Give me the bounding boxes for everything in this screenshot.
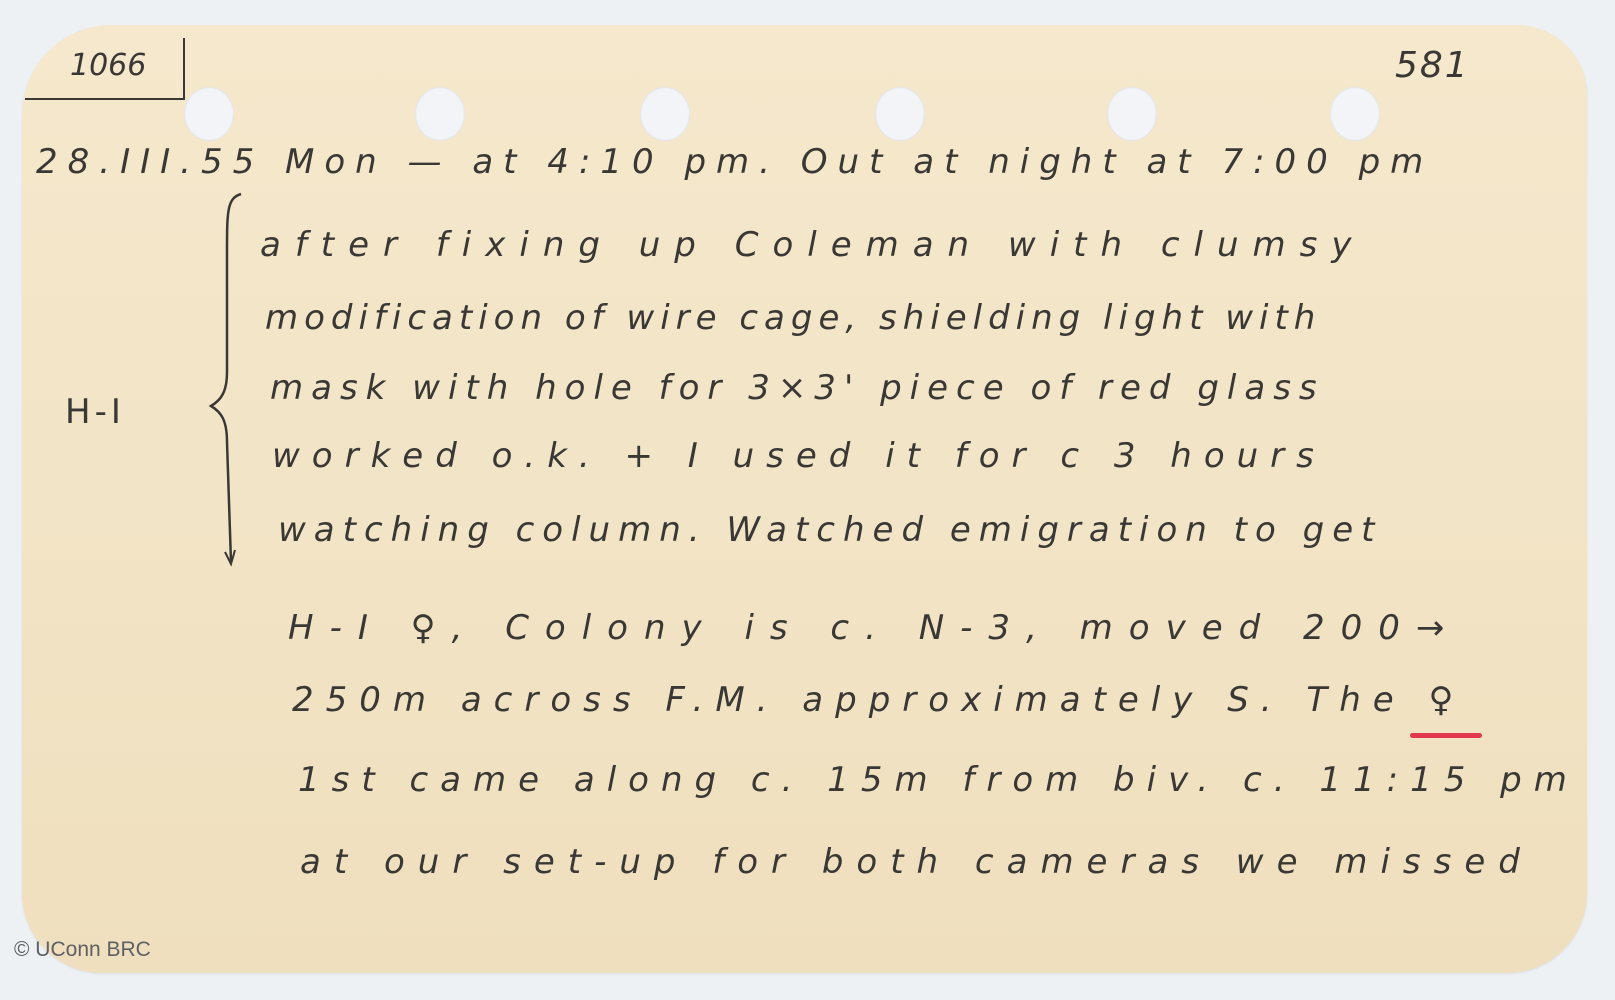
handwritten-line-10: at our set-up for both cameras we missed xyxy=(300,842,1533,882)
card-id: 1066 xyxy=(70,48,146,83)
page-number: 581 xyxy=(1395,45,1470,86)
red-underline-mark xyxy=(1410,733,1482,738)
handwritten-line-2: after fixing up Coleman with clumsy xyxy=(260,225,1366,265)
punch-hole xyxy=(1330,87,1380,141)
punch-hole xyxy=(415,87,465,141)
handwritten-line-9: 1st came along c. 15m from biv. c. 11:15… xyxy=(298,760,1579,800)
handwritten-line-7: H-I ♀, Colony is c. N-3, moved 200→ xyxy=(288,608,1460,648)
punch-hole xyxy=(875,87,925,141)
curly-brace-icon xyxy=(205,192,245,572)
handwritten-line-4: mask with hole for 3×3' piece of red gla… xyxy=(270,368,1325,408)
handwritten-line-3: modification of wire cage, shielding lig… xyxy=(265,298,1321,338)
punch-hole xyxy=(640,87,690,141)
punch-hole xyxy=(184,87,234,141)
handwritten-line-5: worked o.k. + I used it for c 3 hours xyxy=(272,436,1326,476)
handwritten-line-8: 250m across F.M. approximately S. The ♀ xyxy=(292,680,1465,720)
punch-hole xyxy=(1107,87,1157,141)
copyright-watermark: © UConn BRC xyxy=(14,938,151,962)
margin-label: H-I xyxy=(65,392,125,432)
handwritten-line-1: 28.III.55 Mon — at 4:10 pm. Out at night… xyxy=(36,142,1433,182)
handwritten-line-6: watching column. Watched emigration to g… xyxy=(278,510,1382,550)
card-id-box: 1066 xyxy=(25,38,185,100)
